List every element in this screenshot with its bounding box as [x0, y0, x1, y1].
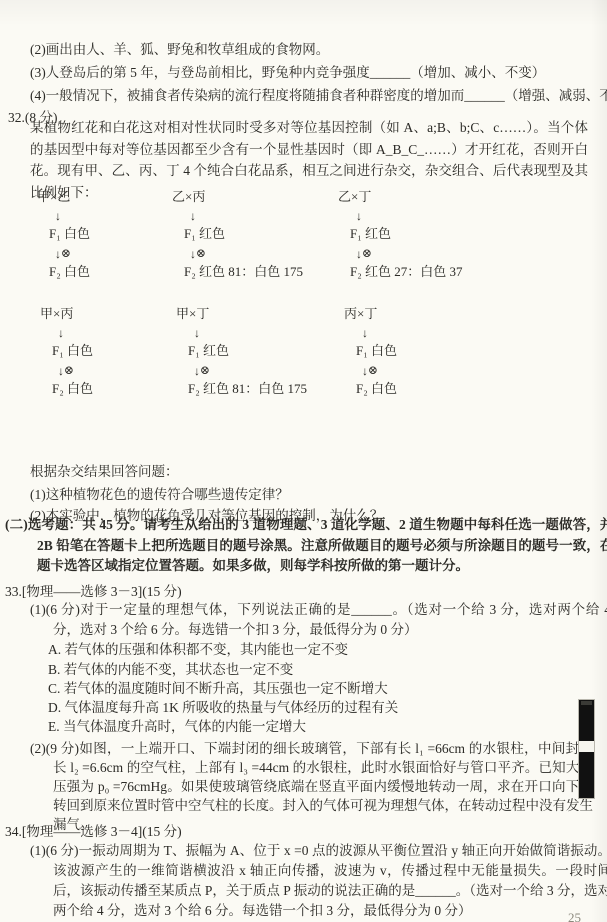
f1-phenotype: 白色 [371, 343, 397, 358]
q34-part1: (1)(6 分)一振动周期为 T、振幅为 A、位于 x =0 点的波源从平衡位置… [30, 841, 607, 921]
down-arrow-icon: ↓ [190, 207, 303, 226]
f2-label: F₂ [356, 381, 368, 396]
cross-parents: 甲×丁 [176, 305, 307, 324]
f1-label: F₁ [350, 226, 362, 241]
cross-bing-ding: 丙×丁 ↓ F₁ 白色 ↓⊗ F₂ 白色 [344, 305, 397, 399]
page-number: 25 [568, 910, 581, 922]
selfing-row: ↓⊗ [194, 361, 307, 381]
f2-label: F₂ [188, 381, 200, 396]
selfing-icon: ⊗ [64, 363, 74, 377]
f1-phenotype: 白色 [64, 226, 90, 241]
f1-label: F₁ [184, 226, 196, 241]
f2-phenotype: 白色 [371, 381, 397, 396]
q32-sub-1: (1)这种植物花色的遗传符合哪些遗传定律？ [30, 483, 289, 506]
selfing-row: ↓⊗ [356, 244, 463, 264]
selfing-icon: ⊗ [368, 363, 378, 377]
exam-scan-page: { "page": { "page_number": "25" }, "q31"… [0, 0, 607, 922]
q32-intro: 某植物红花和白花这对相对性状同时受多对等位基因控制（如 A、a;B、b;C、c…… [30, 117, 588, 203]
down-arrow-icon: ↓ [58, 324, 93, 343]
air-column-gap [579, 741, 594, 752]
f2-result: F₂ 白色 [49, 263, 90, 282]
selfing-icon: ⊗ [362, 246, 372, 260]
f1-result: F₁ 白色 [356, 342, 397, 361]
f2-label: F₂ [49, 264, 61, 279]
selfing-row: ↓⊗ [362, 361, 397, 381]
cross-parents: 甲×乙 [37, 188, 90, 207]
glass-tube-figure [578, 699, 595, 799]
f1-result: F₁ 红色 [184, 225, 303, 244]
q31-item-4: (4)一般情况下，被捕食者传染病的流行程度将随捕食者种群密度的增加而______… [30, 84, 607, 107]
f2-result: F₂ 白色 [52, 380, 93, 399]
down-arrow-icon: ↓ [356, 207, 463, 226]
selfing-icon: ⊗ [196, 246, 206, 260]
f2-phenotype: 红色 81：白色 175 [203, 381, 307, 396]
q31-item-3: (3)人登岛后的第 5 年，与登岛前相比，野兔种内竞争强度______（增加、减… [30, 61, 545, 84]
f1-result: F₁ 白色 [52, 342, 93, 361]
f1-result: F₁ 红色 [350, 225, 463, 244]
tube-top-cap [581, 701, 592, 705]
cross-parents: 甲×丙 [40, 305, 93, 324]
f1-result: F₁ 红色 [188, 342, 307, 361]
q33-option-e: E. 当气体温度升高时，气体的内能一定增大 [48, 717, 306, 737]
f1-result: F₁ 白色 [49, 225, 90, 244]
selfing-icon: ⊗ [61, 246, 71, 260]
f1-phenotype: 红色 [199, 226, 225, 241]
f1-label: F₁ [356, 343, 368, 358]
f1-phenotype: 红色 [203, 343, 229, 358]
selfing-row: ↓⊗ [55, 244, 90, 264]
q31-item-2: (2)画出由人、羊、狐、野兔和牧草组成的食物网。 [30, 38, 329, 61]
f2-phenotype: 红色 27：白色 37 [365, 264, 463, 279]
down-arrow-icon: ↓ [55, 207, 90, 226]
down-arrow-icon: ↓ [194, 324, 307, 343]
f2-label: F₂ [184, 264, 196, 279]
f1-phenotype: 白色 [67, 343, 93, 358]
down-arrow-icon: ↓ [362, 324, 397, 343]
q33-heading: 33.[物理——选修 3－3](15 分) [5, 580, 182, 600]
section2-instructions: (二)选考题：共 45 分。请考生从给出的 3 道物理题、3 道化学题、2 道生… [5, 515, 607, 577]
cross-yi-ding: 乙×丁 ↓ F₁ 红色 ↓⊗ F₂ 红色 27：白色 37 [338, 188, 463, 282]
q33-option-c: C. 若气体的温度随时间不断升高，其压强也一定不断增大 [48, 679, 388, 699]
q33-option-b: B. 若气体的内能不变，其状态也一定不变 [48, 660, 293, 680]
f2-phenotype: 白色 [64, 264, 90, 279]
f1-label: F₁ [52, 343, 64, 358]
f1-label: F₁ [49, 226, 61, 241]
cross-parents: 丙×丁 [344, 305, 397, 324]
cross-parents: 乙×丁 [338, 188, 463, 207]
f2-result: F₂ 红色 81：白色 175 [188, 380, 307, 399]
f1-label: F₁ [188, 343, 200, 358]
q34-heading: 34.[物理——选修 3－4](15 分) [5, 820, 182, 840]
cross-jia-ding: 甲×丁 ↓ F₁ 红色 ↓⊗ F₂ 红色 81：白色 175 [176, 305, 307, 399]
f2-result: F₂ 红色 81：白色 175 [184, 263, 303, 282]
q33-part1: (1)(6 分)对于一定量的理想气体，下列说法正确的是______。（选对一个给… [30, 600, 607, 640]
cross-yi-bing: 乙×丙 ↓ F₁ 红色 ↓⊗ F₂ 红色 81：白色 175 [172, 188, 303, 282]
f2-result: F₂ 白色 [356, 380, 397, 399]
f2-phenotype: 白色 [67, 381, 93, 396]
f2-label: F₂ [52, 381, 64, 396]
q33-option-a: A. 若气体的压强和体积都不变，其内能也一定不变 [48, 640, 348, 660]
f1-phenotype: 红色 [365, 226, 391, 241]
f2-phenotype: 红色 81：白色 175 [199, 264, 303, 279]
selfing-row: ↓⊗ [58, 361, 93, 381]
f2-label: F₂ [350, 264, 362, 279]
f2-result: F₂ 红色 27：白色 37 [350, 263, 463, 282]
cross-jia-yi: 甲×乙 ↓ F₁ 白色 ↓⊗ F₂ 白色 [37, 188, 90, 282]
selfing-row: ↓⊗ [190, 244, 303, 264]
cross-parents: 乙×丙 [172, 188, 303, 207]
cross-jia-bing: 甲×丙 ↓ F₁ 白色 ↓⊗ F₂ 白色 [40, 305, 93, 399]
q33-option-d: D. 气体温度每升高 1K 所吸收的热量与气体经历的过程有关 [48, 698, 398, 718]
scan-shadow-top [0, 0, 607, 26]
q32-followup: 根据杂交结果回答问题： [30, 460, 179, 483]
selfing-icon: ⊗ [200, 363, 210, 377]
